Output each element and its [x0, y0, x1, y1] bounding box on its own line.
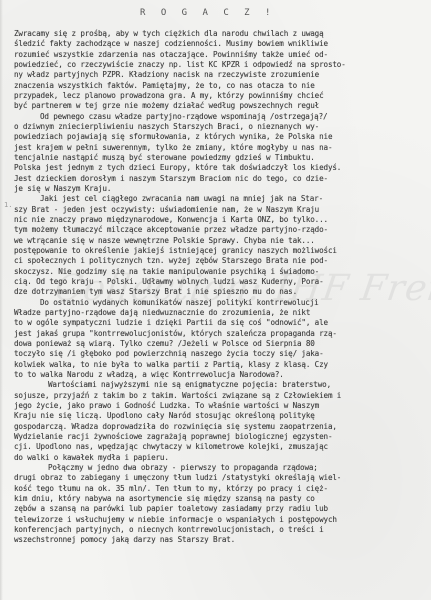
text-line: je się w Naszym Kraju.	[14, 184, 111, 194]
text-line: Do ostatnio wydanych komunikatów naszej …	[40, 298, 319, 308]
text-line: Władze partyjno-rządowe dają niedwuznacz…	[14, 308, 310, 318]
text-line: Kraju nie się liczą. Upodlono cały Naród…	[14, 411, 315, 421]
text-line: cji. Upodlono nas, wpędzając chwytaczy w…	[14, 442, 328, 452]
text-line: sojusze, przyjaźń z takim bo z takim. Wa…	[14, 391, 341, 401]
text-line: to to walka Narodu z władzą, a więc Kont…	[14, 370, 284, 380]
text-line: do walki o kawałek mydła i papieru.	[14, 453, 169, 463]
text-line: Polska jest jednym z tych dzieci Europy,…	[14, 163, 341, 173]
scanned-page: R O G A C Z ! 1. Zwracamy się z prośbą, …	[0, 0, 431, 600]
text-line: jest jakaś grupa "kontrrewolucjonistów, …	[14, 329, 337, 339]
text-line: telewizorze i wsłuchujemy w niebie infor…	[14, 515, 337, 525]
text-line: wszechstronnej pomocy jaką darzy nas Sta…	[14, 535, 235, 545]
text-line: powiedziach pojawiają się sformułowania,…	[14, 132, 332, 142]
text-line: ci społecznych i politycznych tzn. wyżej…	[14, 256, 328, 266]
text-line: przypadek, lecz planowo prowadzona gra. …	[14, 91, 324, 101]
text-line: powiedzieć, co rzeczywiście znaczy np. l…	[14, 60, 346, 70]
text-line: drugi obraz to zabiegany i umęczony tłum…	[14, 473, 341, 483]
text-line: kolwiek walka, to nie była to walka part…	[14, 360, 328, 370]
text-line: zębów a szansą na parówki lub papier toa…	[14, 504, 328, 514]
text-line: postępowanie to określenie jakiejś istni…	[14, 246, 337, 256]
text-line: dze dotrzymaniem tym wasz Starszy Brat i…	[14, 287, 297, 297]
text-line: cią. Od tego kraju - Polski. Udławmy wol…	[14, 277, 324, 287]
text-line: to w ogóle sympatyczni ludzie i dzięki P…	[14, 318, 328, 328]
text-line: kim dniu, który nabywa na asortymencie s…	[14, 494, 315, 504]
text-line: Wydzielanie racji żywnościowe zagrażają …	[14, 432, 332, 442]
text-line: tencjalnie nastąpić muszą być sterowane …	[14, 153, 315, 163]
text-line: tym możemy tłumaczyć milczące akceptowan…	[14, 225, 328, 235]
text-line: Wartościami najwyższymi nie są enigmatyc…	[48, 380, 331, 390]
page-edge-shadow	[0, 0, 3, 600]
text-line: być partnerem w tej grze nie możemy dzia…	[14, 101, 319, 111]
text-line: Połączmy w jedno dwa obrazy - pierwszy t…	[48, 463, 318, 473]
text-line: Jaki jest cel ciągłego zwracania nam uwa…	[40, 194, 323, 204]
text-line: skoczysz. Nie godzimy się na takie manip…	[14, 267, 319, 277]
text-line: znaczenia wszystkich faktów. Pamiętajmy,…	[14, 81, 315, 91]
text-line: rozumieć wszystkie zdarzenia nas otaczaj…	[14, 50, 328, 60]
text-line: jest krajem w pełni suwerennym, tylko że…	[14, 143, 332, 153]
margin-mark: 1.	[4, 201, 12, 209]
text-line: we wtrącanie się w nasze wewnętrzne Pols…	[14, 236, 315, 246]
text-line: jego życie, jako prawo i Godność Ludzka.…	[14, 401, 319, 411]
text-line: nic nie znaczy prawo międzynarodowe, Kon…	[14, 215, 328, 225]
text-line: kość tego tłumu na ok. 35 mln/. Ten tłum…	[14, 484, 328, 494]
text-line: szy Brat - jeden jest oczywisty: uświado…	[14, 205, 319, 215]
text-line: Od pewnego czasu władze partyjno-rządowe…	[40, 112, 327, 122]
text-line: konferencjach partyjnych, o niecnych kon…	[14, 525, 324, 535]
document-title: R O G A C Z !	[140, 8, 275, 18]
text-line: ny władz partyjnych PZPR. Kładziony naci…	[14, 70, 319, 80]
text-line: o dziwnym zniecierpliwieniu naszych Star…	[14, 122, 319, 132]
text-line: gospodarczą. Władza doprowadziła do rozw…	[14, 422, 337, 432]
text-line: śledzić fakty zachodzące w naszej codzie…	[14, 39, 328, 49]
text-line: dowa ponieważ są wiarą. Tylko czemu? /Je…	[14, 339, 315, 349]
text-line: Jest dzieckiem dorosłym i naszym Starszy…	[14, 174, 328, 184]
text-line: toczyło się /i głęboko pod powierzchnią …	[14, 349, 324, 359]
text-line: Zwracamy się z prośbą, aby w tych ciężki…	[14, 29, 324, 39]
